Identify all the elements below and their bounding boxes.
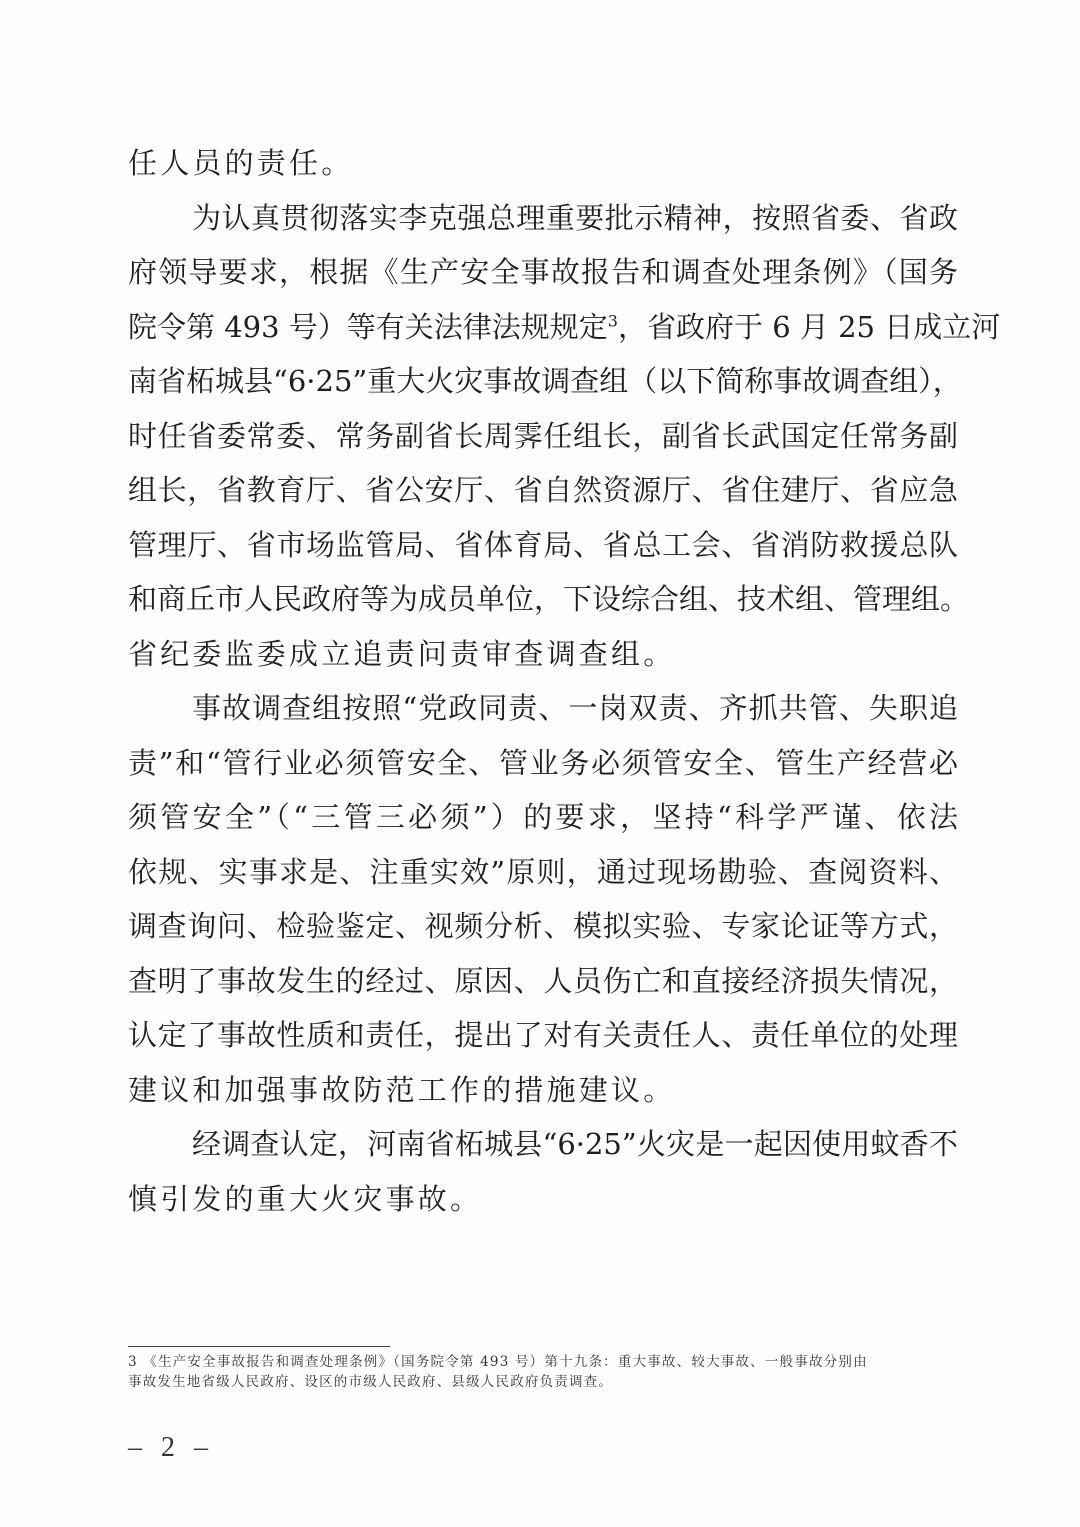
paragraph-line: 事故调查组按照“党政同责、一岗双责、齐抓共管、失职追 bbox=[128, 681, 958, 736]
paragraph-line: 院令第 493 号）等有关法律法规规定3，省政府于 6 月 25 日成立河 bbox=[128, 300, 958, 355]
paragraph-line: 任人员的责任。 bbox=[128, 136, 958, 191]
paragraph-line: 调查询问、检验鉴定、视频分析、模拟实验、专家论证等方式， bbox=[128, 899, 958, 954]
document-page: 任人员的责任。 为认真贯彻落实李克强总理重要批示精神，按照省委、省政 府领导要求… bbox=[0, 0, 1080, 1527]
paragraph-line: 府领导要求，根据《生产安全事故报告和调查处理条例》（国务 bbox=[128, 245, 958, 300]
paragraph-line: 须管安全”（“三管三必须”）的要求，坚持“科学严谨、依法 bbox=[128, 790, 958, 845]
paragraph-line: 省纪委监委成立追责问责审查调查组。 bbox=[128, 627, 958, 682]
line-text: 院令第 493 号）等有关法律法规规定 bbox=[128, 310, 608, 344]
page-number: – 2 – bbox=[128, 1432, 214, 1464]
paragraph-line: 管理厅、省市场监管局、省体育局、省总工会、省消防救援总队 bbox=[128, 518, 958, 573]
footnote: 3 《生产安全事故报告和调查处理条例》（国务院令第 493 号）第十九条：重大事… bbox=[128, 1352, 958, 1392]
paragraph-line: 查明了事故发生的经过、原因、人员伤亡和直接经济损失情况， bbox=[128, 954, 958, 1009]
line-text: ，省政府于 6 月 25 日成立河 bbox=[618, 310, 1000, 344]
paragraph-line: 责”和“管行业必须管安全、管业务必须管安全、管生产经营必 bbox=[128, 736, 958, 791]
paragraph-line: 认定了事故性质和责任，提出了对有关责任人、责任单位的处理 bbox=[128, 1008, 958, 1063]
body-text: 任人员的责任。 为认真贯彻落实李克强总理重要批示精神，按照省委、省政 府领导要求… bbox=[128, 136, 958, 1226]
paragraph-line: 为认真贯彻落实李克强总理重要批示精神，按照省委、省政 bbox=[128, 191, 958, 246]
footnote-ref[interactable]: 3 bbox=[608, 311, 618, 330]
paragraph-line: 经调查认定，河南省柘城县“6·25”火灾是一起因使用蚊香不 bbox=[128, 1117, 958, 1172]
paragraph-line: 时任省委常委、常务副省长周霁任组长，副省长武国定任常务副 bbox=[128, 409, 958, 464]
paragraph-line: 南省柘城县“6·25”重大火灾事故调查组（以下简称事故调查组）， bbox=[128, 354, 958, 409]
paragraph-line: 依规、实事求是、注重实效”原则，通过现场勘验、查阅资料、 bbox=[128, 845, 958, 900]
paragraph-line: 建议和加强事故防范工作的措施建议。 bbox=[128, 1063, 958, 1118]
footnote-line: 3 《生产安全事故报告和调查处理条例》（国务院令第 493 号）第十九条：重大事… bbox=[128, 1352, 958, 1372]
paragraph-line: 组长，省教育厅、省公安厅、省自然资源厅、省住建厅、省应急 bbox=[128, 463, 958, 518]
footnote-divider bbox=[128, 1346, 390, 1347]
paragraph-line: 慎引发的重大火灾事故。 bbox=[128, 1172, 958, 1227]
footnote-line: 事故发生地省级人民政府、设区的市级人民政府、县级人民政府负责调查。 bbox=[128, 1372, 958, 1392]
paragraph-line: 和商丘市人民政府等为成员单位，下设综合组、技术组、管理组。 bbox=[128, 572, 958, 627]
